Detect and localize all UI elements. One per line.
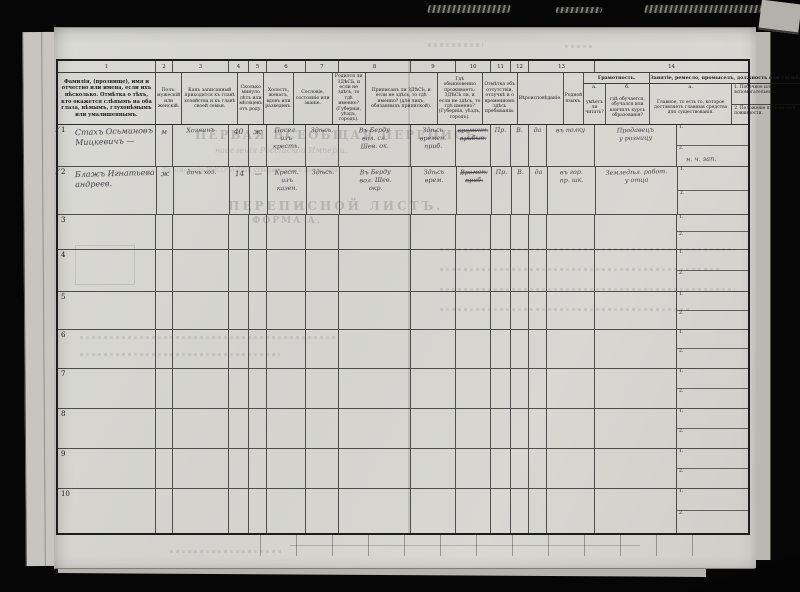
handwritten-entry: Блажъ Игнатьеваандреев. [74, 166, 156, 190]
cell-c2 [156, 369, 173, 408]
handwritten-entry: н. ч. зап. [685, 153, 718, 163]
cell-c10 [456, 250, 491, 291]
cell-c8 [339, 330, 411, 368]
handwritten-entry: м [156, 125, 172, 137]
printed-sub-number: 2. [679, 429, 683, 434]
column-header-birthplace: Родился ли ЗДѢСЬ, и если не здѣсь, то гд… [333, 73, 366, 124]
cell-c14b: 1.2. [677, 292, 748, 329]
cell-c8: Въ Бердувол. Шев.окр. [340, 167, 412, 214]
cell-c3 [173, 489, 229, 533]
column-number-2: 2 [156, 61, 173, 72]
table-row: 41.2. [58, 250, 748, 292]
literacy-sub-b: б. гдѣ обучается, обучался или кончилъ к… [606, 84, 650, 124]
top-edge-smudge [644, 5, 762, 13]
cell-c12: В. [512, 167, 530, 214]
cell-c3 [173, 215, 229, 249]
cell-c9 [411, 409, 456, 448]
enumerator-tick: ⁄ [56, 167, 59, 176]
printed-sub-number: 2. [679, 511, 683, 516]
printed-sub-number: 2. [679, 389, 683, 394]
cell-c13a: да [529, 125, 547, 166]
column-header-sex: Полъ: мужескій или женскій. [156, 73, 182, 124]
row-number: 2 [61, 168, 65, 176]
occupation-group-label: Занятіе, ремесло, промыселъ, должность и… [650, 73, 800, 84]
row-number: 6 [61, 331, 65, 339]
cell-c12 [511, 409, 529, 448]
column-number-13: 13 [529, 61, 595, 72]
cell-c7 [306, 489, 339, 533]
cell-c3: дочь хоз. [174, 167, 230, 214]
cell-c13a [529, 250, 547, 291]
row-number: 3 [61, 216, 65, 224]
cell-c13b [547, 215, 595, 249]
cell-c14b: 1.2. [677, 330, 748, 368]
handwritten-entry: Посел.изъкресть. [267, 124, 306, 151]
occupation-b1-text: 1. Побочное или вспомогательное. [732, 84, 800, 104]
cell-c14b-sub2: 2. [677, 232, 748, 249]
cell-c1: 5 [58, 292, 156, 329]
cell-c13b [547, 250, 595, 291]
cell-c8 [339, 409, 411, 448]
cell-c2: м [156, 125, 173, 166]
table-row: 81.2. [58, 409, 748, 449]
cell-c4 [229, 292, 249, 329]
handwritten-entry: Времен.приб. [457, 167, 491, 186]
cell-c7: Здѣсь. [307, 167, 340, 214]
cell-c14b-sub1: 1. [677, 330, 748, 349]
cell-c9: Здѣсьвремен.приб. [411, 125, 456, 166]
cell-c14b: 1.2. [677, 369, 748, 408]
cell-c6: Посел.изъкресть. [267, 125, 306, 166]
printed-sub-number: 1. [680, 167, 684, 172]
printed-sub-number: 1. [679, 409, 683, 414]
cell-c12 [511, 250, 529, 291]
cell-c14a [595, 292, 677, 329]
census-form-page: ПЕРВАЯ ВСЕОБЩАЯ ПЕРЕПИСЬ населенія Россі… [54, 27, 756, 569]
literacy-a-text: умѣетъ ли читать? [584, 91, 605, 124]
table-row: ⁄2Блажъ Игнатьеваандреев.ждочь хоз.14—Кр… [58, 167, 748, 215]
row-number: 4 [61, 251, 65, 259]
handwritten-entry: временн.прибыв. [456, 125, 490, 144]
column-header-residence: Гдѣ обыкновенно проживаетъ: ЗДѢСЬ ли, и … [438, 73, 483, 124]
cell-c1: 3 [58, 215, 156, 249]
cell-c12 [511, 369, 529, 408]
row-number: 1 [61, 126, 65, 134]
cell-c7 [306, 330, 339, 368]
row-number: 9 [61, 450, 65, 458]
handwritten-entry: Земледѣл. работ.у отца [596, 166, 677, 186]
cell-c2 [156, 215, 173, 249]
cell-c14b-sub2: 2. [677, 349, 748, 368]
handwritten-entry: Пр. [491, 125, 510, 135]
cell-c11 [491, 250, 511, 291]
cell-c11 [491, 292, 511, 329]
printed-sub-number: 2. [679, 469, 683, 474]
cell-c2 [156, 409, 173, 448]
cell-c2 [156, 292, 173, 329]
cell-c13b: въ полку [547, 125, 595, 166]
handwritten-entry: Продавецъу розницу [595, 124, 676, 144]
cell-c7: Здѣсь. [306, 125, 339, 166]
column-number-14: 14 [595, 61, 748, 72]
cell-c10: временн.прибыв. [456, 125, 491, 166]
cell-c6 [267, 489, 306, 533]
cell-c4 [229, 250, 249, 291]
cell-c5: — [250, 167, 268, 214]
column-header-language: Родной языкъ. [564, 73, 585, 124]
cell-c7 [306, 369, 339, 408]
column-number-9: 9 [411, 61, 456, 72]
cell-c10 [456, 330, 491, 368]
cell-c6 [267, 250, 306, 291]
column-header-name: Фамилія, (прозвище), имя и отчество или … [58, 73, 156, 124]
cell-c5 [249, 330, 267, 368]
cell-c12 [511, 449, 529, 488]
cell-c5: ж [249, 125, 267, 166]
printed-sub-number: 1. [679, 330, 683, 335]
cell-c10 [456, 369, 491, 408]
column-header-literacy-group: Грамотность. а. умѣетъ ли читать? б. гдѣ… [584, 73, 650, 124]
occupation-a-text: Главное, то есть то, которое доставляетъ… [650, 91, 731, 124]
row-number: 7 [61, 370, 65, 378]
occupation-sub-secondary: 1. Побочное или вспомогательное. 2. Поло… [732, 84, 800, 124]
column-number-7: 7 [306, 61, 339, 72]
column-number-1: 1 [58, 61, 156, 72]
table-row: 71.2. [58, 369, 748, 409]
printed-sub-number: 1. [679, 489, 683, 494]
table-row: 101.2. [58, 489, 748, 533]
cell-c14b-sub1: 1. [677, 125, 748, 146]
cell-c14b-sub2: 2. [677, 429, 748, 449]
column-header-occupation-group: Занятіе, ремесло, промыселъ, должность и… [650, 73, 800, 124]
cell-c14a: Земледѣл. работ.у отца [596, 167, 678, 214]
cell-c14b-sub1: 1. [677, 449, 748, 469]
cell-c12 [511, 215, 529, 249]
cell-c14b: 1.2. [677, 215, 748, 249]
cell-c14b-sub1: 1. [678, 167, 749, 191]
cell-c4 [229, 369, 249, 408]
column-number-6: 6 [267, 61, 306, 72]
top-edge-smudge [555, 7, 602, 13]
cell-c13b [547, 369, 595, 408]
handwritten-entry: Пр. [492, 167, 511, 177]
cell-c13a [529, 449, 547, 488]
cell-c13a [529, 489, 547, 533]
cell-c14a [595, 449, 677, 488]
cell-c14b: 1.2. [677, 250, 748, 291]
column-numbers-row: 1 2 3 4 5 6 7 8 9 10 11 12 13 14 [58, 61, 748, 73]
photo-background: ПЕРВАЯ ВСЕОБЩАЯ ПЕРЕПИСЬ населенія Россі… [0, 0, 800, 592]
handwritten-entry: Въ Бердувол. Шев.окр. [340, 166, 412, 194]
handwritten-entry: Здѣсь. [306, 125, 338, 136]
cell-c7 [306, 215, 339, 249]
handwritten-entry: Крест.изъказен. [268, 166, 307, 193]
literacy-a-label: а. [584, 84, 605, 91]
cell-c14b-sub1: 1. [677, 215, 748, 232]
cell-c1: ⁄2Блажъ Игнатьеваандреев. [58, 167, 157, 214]
cell-c1: 10 [58, 489, 156, 533]
column-number-3: 3 [173, 61, 229, 72]
cell-c13a [529, 215, 547, 249]
cell-c9 [411, 292, 456, 329]
cell-c4 [229, 449, 249, 488]
cell-c11 [491, 449, 511, 488]
cell-c7 [306, 250, 339, 291]
handwritten-entry: Въ Бердувол. сл.Шев. ок. [339, 124, 411, 152]
cell-c9 [411, 369, 456, 408]
handwritten-entry: да [530, 167, 547, 177]
cell-c9 [411, 250, 456, 291]
handwritten-entry: В. [511, 125, 528, 135]
cell-c3 [173, 369, 229, 408]
cell-c13b [547, 489, 595, 533]
cell-c14b-sub1: 1. [677, 409, 748, 429]
column-number-11: 11 [491, 61, 511, 72]
cell-c14b-sub2: 2. [677, 469, 748, 489]
cell-c7 [306, 409, 339, 448]
cell-c11 [491, 409, 511, 448]
census-table: 1 2 3 4 5 6 7 8 9 10 11 12 13 14 Фамилія… [56, 59, 750, 535]
printed-sub-number: 1. [679, 215, 683, 220]
handwritten-entry: да [529, 125, 546, 135]
printed-sub-number: 1. [679, 125, 683, 130]
cell-c10 [456, 449, 491, 488]
table-row: 31.2. [58, 215, 748, 250]
cell-c3: Хозяинъ [173, 125, 229, 166]
cell-c13a [529, 409, 547, 448]
bleedthrough-table-line [290, 545, 640, 546]
cell-c10 [456, 292, 491, 329]
enumerator-tick: ⁄ [56, 125, 59, 134]
cell-c13b [547, 292, 595, 329]
column-number-4: 4 [229, 61, 249, 72]
handwritten-entry: ж [157, 167, 173, 179]
cell-c5 [249, 449, 267, 488]
cell-c14a [595, 250, 677, 291]
cell-c10: Времен.приб. [457, 167, 492, 214]
cell-c1: 8 [58, 409, 156, 448]
column-number-5: 5 [249, 61, 267, 72]
cell-c14b-sub2: 2. [677, 271, 748, 292]
margin-smudge [565, 45, 593, 48]
cell-c3 [173, 409, 229, 448]
table-row: ⁄1Стахъ ОсьминовъМицкевичъ —мХозяинъ40жП… [58, 125, 748, 167]
cell-c8 [339, 449, 411, 488]
cell-c5 [249, 215, 267, 249]
occupation-a-label: а. [650, 84, 731, 91]
handwritten-entry: 40 [229, 125, 248, 137]
cell-c13a [529, 292, 547, 329]
cell-c6: Крест.изъказен. [268, 167, 307, 214]
cell-c14b: 1.2. [677, 449, 748, 488]
cell-c14b-sub1: 1. [677, 250, 748, 271]
cell-c4 [229, 215, 249, 249]
bleedthrough-text-line [170, 550, 282, 553]
cell-c1: ⁄1Стахъ ОсьминовъМицкевичъ — [58, 125, 156, 166]
cell-c14b-sub1: 1. [677, 489, 748, 511]
printed-sub-number: 1. [679, 449, 683, 454]
cell-c14b: 1.2. [677, 409, 748, 448]
cell-c9 [411, 449, 456, 488]
cell-c4: 40 [229, 125, 249, 166]
handwritten-entry: дочь хоз. [174, 166, 229, 177]
cell-c14b-sub2: 2. [677, 511, 748, 533]
cell-c13a: да [530, 167, 548, 214]
cell-c13a [529, 369, 547, 408]
cell-c4 [229, 489, 249, 533]
cell-c14b-sub1: 1. [677, 292, 748, 311]
cell-c11 [491, 489, 511, 533]
cell-c6 [267, 292, 306, 329]
cell-c14b: 1.2. [678, 167, 749, 214]
literacy-b-label: б. [606, 84, 650, 91]
table-row: 61.2. [58, 330, 748, 369]
cell-c7 [306, 449, 339, 488]
cell-c9: Здѣсьврем. [412, 167, 457, 214]
cell-c6 [267, 369, 306, 408]
row-number: 8 [61, 410, 65, 418]
cell-c3 [173, 330, 229, 368]
cell-c12: В. [511, 125, 529, 166]
column-header-relation: Какъ записанный приходится къ главѣ хозя… [182, 73, 238, 124]
top-edge-smudge [427, 5, 511, 13]
row-number: 5 [61, 293, 65, 301]
occupation-b2-text: 2. Положеніе по воинской повинности. [732, 104, 800, 125]
printed-sub-number: 1. [679, 250, 683, 255]
cell-c14b-sub2: 2.н. ч. зап. [677, 146, 748, 167]
cell-c11: Пр. [492, 167, 512, 214]
cell-c14a: Продавецъу розницу [595, 125, 677, 166]
handwritten-entry: 14 [230, 167, 249, 179]
cell-c11: Пр. [491, 125, 511, 166]
cell-c2 [156, 250, 173, 291]
column-header-age: Сколько минуло лѣтъ или мѣсяцевъ отъ род… [238, 73, 264, 124]
cell-c3 [173, 250, 229, 291]
cell-c14a [595, 330, 677, 368]
handwritten-entry: ж [249, 125, 266, 137]
handwritten-entry: Здѣсь. [307, 167, 339, 178]
cell-c2 [156, 449, 173, 488]
printed-sub-number: 2. [679, 271, 683, 276]
cell-c2 [156, 330, 173, 368]
cell-c12 [511, 292, 529, 329]
cell-c5 [249, 292, 267, 329]
column-header-estate: Сословіе, состояніе или званіе. [294, 73, 333, 124]
cell-c8 [339, 215, 411, 249]
cell-c5 [249, 489, 267, 533]
cell-c1: 4 [58, 250, 156, 291]
column-header-religion: Вѣроисповѣданіе. [518, 73, 564, 124]
cell-c3 [173, 449, 229, 488]
header-row: Фамилія, (прозвище), имя и отчество или … [58, 73, 748, 125]
literacy-group-label: Грамотность. [584, 73, 649, 84]
cell-c14b-sub1: 1. [677, 369, 748, 389]
cell-c8 [339, 369, 411, 408]
column-header-registration: Приписанъ ли ЗДѢСЬ, и если не здѣсь, то … [366, 73, 438, 124]
cell-c6 [267, 330, 306, 368]
cell-c11 [491, 330, 511, 368]
column-header-absence-note: Отмѣтка объ отсутствіи, отлучкѣ и о врем… [483, 73, 518, 124]
top-right-page-corner [758, 0, 800, 34]
handwritten-entry: Здѣсьврем. [412, 166, 456, 185]
literacy-b-text: гдѣ обучается, обучался или кончилъ курс… [606, 91, 650, 124]
cell-c14b-sub2: 2. [678, 191, 749, 215]
table-body: ⁄1Стахъ ОсьминовъМицкевичъ —мХозяинъ40жП… [58, 125, 748, 533]
cell-c9 [411, 330, 456, 368]
cell-c12 [511, 330, 529, 368]
cell-c14b: 1.2.н. ч. зап. [677, 125, 748, 166]
handwritten-entry: Здѣсьвремен.приб. [411, 124, 456, 151]
cell-c6 [267, 215, 306, 249]
cell-c8: Въ Бердувол. сл.Шев. ок. [339, 125, 411, 166]
cell-c10 [456, 489, 491, 533]
cell-c13b: въ гор.пр. шк. [548, 167, 596, 214]
literacy-sub-a: а. умѣетъ ли читать? [584, 84, 606, 124]
handwritten-entry: Стахъ ОсьминовъМицкевичъ — [74, 124, 156, 148]
occupation-sub-main: а. Главное, то есть то, которое доставля… [650, 84, 732, 124]
printed-sub-number: 1. [679, 369, 683, 374]
row-number: 10 [61, 490, 70, 498]
cell-c14a [595, 215, 677, 249]
printed-sub-number: 2. [679, 311, 683, 316]
cell-c13b [547, 409, 595, 448]
cell-c14a [595, 489, 677, 533]
column-number-8: 8 [339, 61, 411, 72]
cell-c6 [267, 449, 306, 488]
table-row: 51.2. [58, 292, 748, 330]
cell-c13b [547, 330, 595, 368]
cell-c2 [156, 489, 173, 533]
cell-c14b-sub2: 2. [677, 389, 748, 409]
cell-c13b [547, 449, 595, 488]
column-header-marital: Холостъ, женатъ, вдовъ или разведенъ. [264, 73, 293, 124]
handwritten-entry: Хозяинъ [173, 124, 228, 135]
cell-c9 [411, 489, 456, 533]
bleedthrough-table-lines [260, 535, 712, 556]
cell-c12 [511, 489, 529, 533]
cell-c1: 9 [58, 449, 156, 488]
cell-c4: 14 [230, 167, 250, 214]
cell-c4 [229, 330, 249, 368]
cell-c8 [339, 489, 411, 533]
cell-c8 [339, 250, 411, 291]
handwritten-entry: въ гор.пр. шк. [548, 166, 595, 185]
cell-c8 [339, 292, 411, 329]
margin-smudge [428, 43, 483, 47]
cell-c5 [249, 250, 267, 291]
cell-c6 [267, 409, 306, 448]
column-number-10: 10 [456, 61, 491, 72]
cell-c5 [249, 369, 267, 408]
cell-c11 [491, 369, 511, 408]
table-row: 91.2. [58, 449, 748, 489]
cell-c14b-sub2: 2. [677, 311, 748, 330]
cell-c1: 6 [58, 330, 156, 368]
cell-c10 [456, 215, 491, 249]
cell-c10 [456, 409, 491, 448]
cell-c14a [595, 409, 677, 448]
cell-c3 [173, 292, 229, 329]
column-number-12: 12 [511, 61, 529, 72]
handwritten-entry: въ полку [547, 124, 594, 135]
printed-sub-number: 2. [679, 146, 683, 151]
handwritten-entry: В. [512, 167, 529, 177]
printed-sub-number: 2. [679, 232, 683, 237]
cell-c13a [529, 330, 547, 368]
handwritten-entry: — [250, 167, 267, 179]
printed-sub-number: 2. [680, 191, 684, 196]
cell-c11 [491, 215, 511, 249]
